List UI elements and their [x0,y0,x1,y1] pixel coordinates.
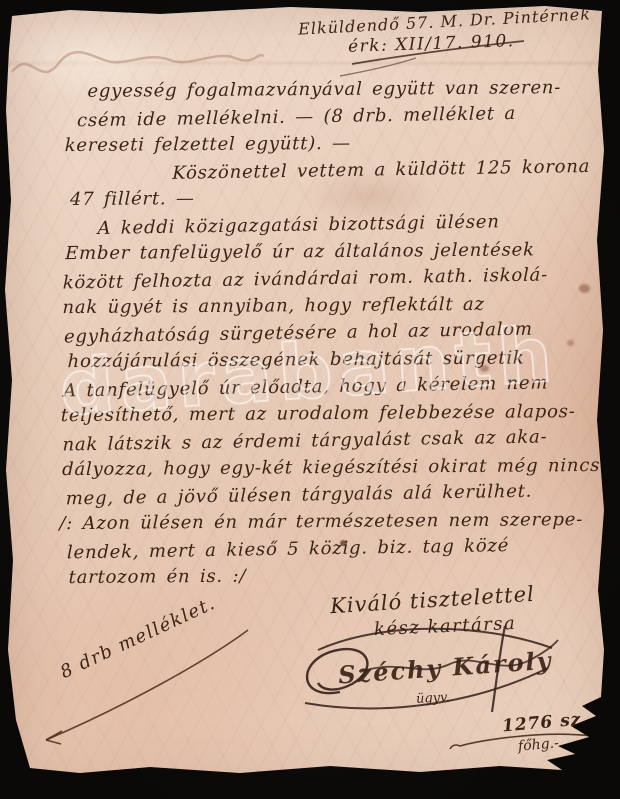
reference-number: 1276 sz [501,710,582,737]
received-stamp: érk: XII/17. 910. [348,31,515,57]
reference-code: főhg.- [517,735,559,754]
scanned-letter: Elküldendő 57. M. Dr. Pintérnek érk: XII… [0,0,620,799]
letter-paper: Elküldendő 57. M. Dr. Pintérnek érk: XII… [0,0,620,799]
signature: Széchy Károly [337,646,553,690]
attachment-arrowhead [46,731,62,744]
closing-signoff: kész kartársa [374,613,517,640]
signature-role: ügyv. [416,690,451,707]
received-slash-stroke [340,58,416,76]
letter-body: egyesség fogalmazványával együtt van sze… [58,73,605,593]
bleedthrough-squiggle [12,52,264,72]
attachment-arrow-stroke [46,630,248,740]
attachment-note: 8 drb melléklet. [57,593,219,683]
